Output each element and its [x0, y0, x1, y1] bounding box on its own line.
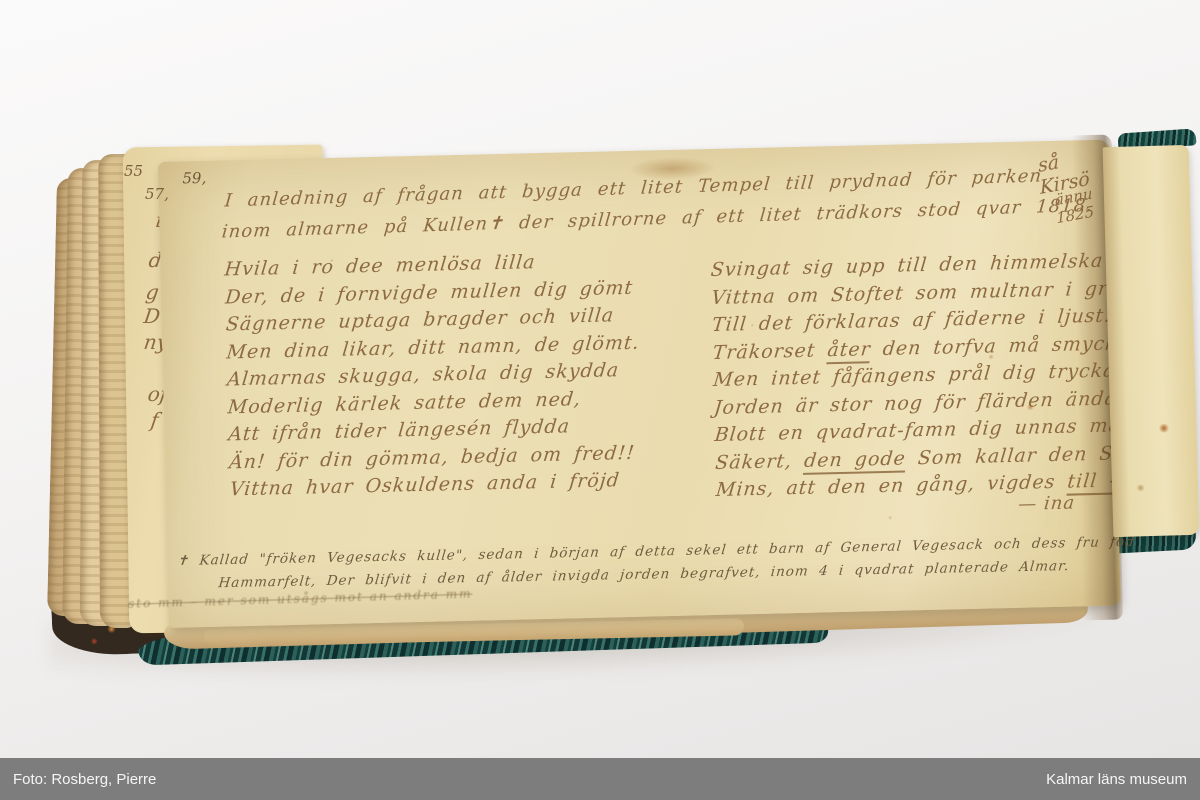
page-number-59: 59,	[182, 169, 206, 188]
photo-area: 55 57, i d g D ny of f 59, I anledning a…	[0, 0, 1200, 758]
photo-credit: Foto: Rosberg, Pierre	[13, 771, 156, 788]
paper-stain	[1136, 484, 1145, 491]
page-number-55: 55	[124, 162, 143, 180]
facing-blank-page	[1103, 145, 1200, 537]
footnote: ✝ Kallad "fröken Vegesacks kulle", sedan…	[173, 531, 1118, 596]
poem-text: Mins, att den en gång, vigdes	[715, 471, 1069, 501]
poem-text: Säkert,	[714, 449, 805, 473]
underlined-words: åter	[826, 338, 872, 364]
margin-text-fragment: D	[142, 304, 161, 328]
poem-text: Som kallar den Sin	[905, 442, 1135, 469]
paper-stain	[1158, 424, 1169, 433]
manuscript-heading: I anledning af frågan att bygga ett lite…	[220, 159, 1085, 247]
poem-left-column: Hvila i ro dee menlösa lilla Der, de i f…	[224, 246, 670, 504]
signature-ina: — ina	[1017, 492, 1076, 514]
manuscript-page-59: 59, I anledning af frågan att bygga ett …	[158, 140, 1121, 628]
museum-name: Kalmar läns museum	[1046, 771, 1187, 788]
poem-text: Träkorset	[712, 339, 829, 364]
underlined-words: den gode	[803, 447, 907, 474]
poem-right-column: Svingat sig upp till den himmelska högd …	[710, 248, 1116, 505]
caption-bar: Foto: Rosberg, Pierre Kalmar läns museum	[0, 758, 1200, 800]
page-number-57: 57,	[145, 185, 169, 203]
poem-text: den torfva må smycka	[870, 332, 1132, 360]
museum-photo: 55 57, i d g D ny of f 59, I anledning a…	[0, 0, 1200, 800]
